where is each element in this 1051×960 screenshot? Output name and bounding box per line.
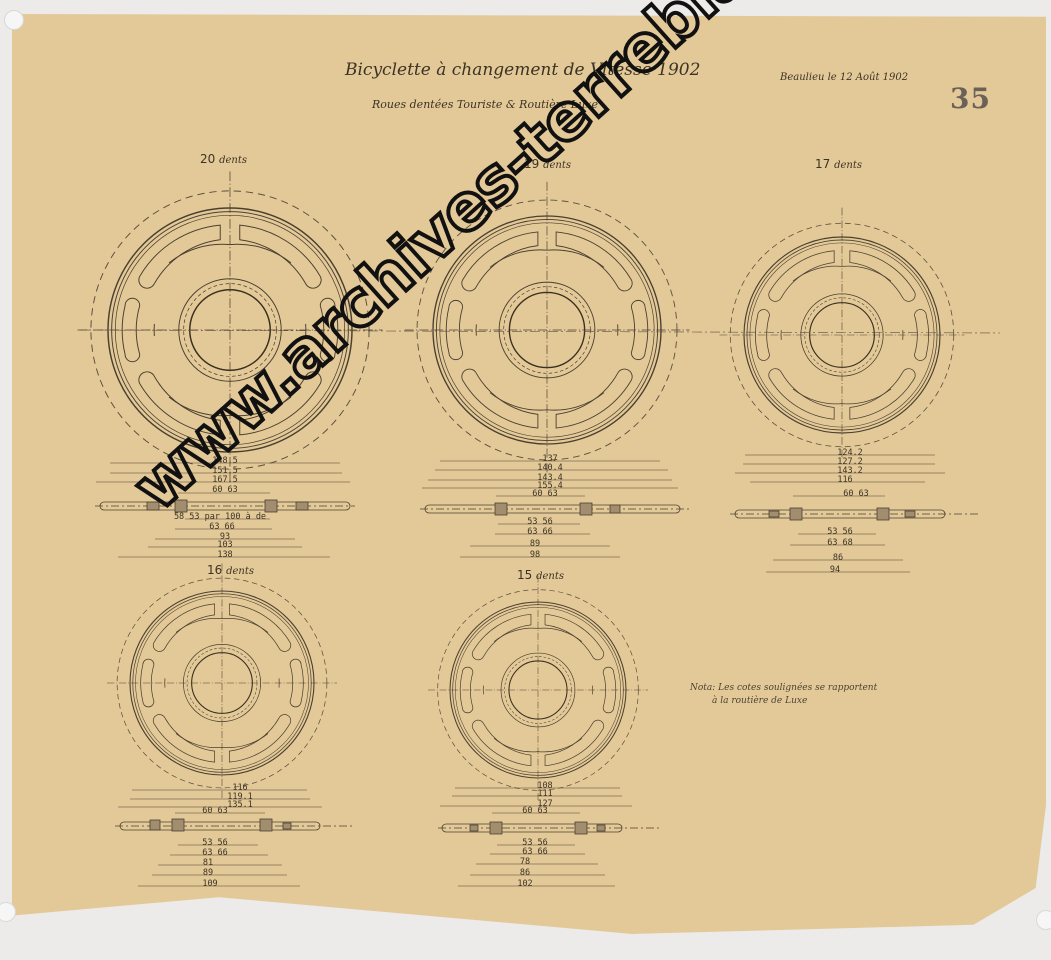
dim: 103 <box>217 540 232 550</box>
dim: 63 66 <box>522 847 548 857</box>
wheel-16-drawing <box>107 563 337 798</box>
wheel-16-label: 16 dents <box>207 563 254 577</box>
dim: 53 56 <box>827 527 853 537</box>
wheel-15-drawing <box>428 576 648 800</box>
dim: 102 <box>517 879 532 889</box>
dim: 81 <box>203 858 213 868</box>
dim: 78 <box>520 857 530 867</box>
dim: 111 <box>537 789 552 799</box>
dim: 109 <box>202 879 217 889</box>
dim: 60 63 <box>532 489 558 499</box>
wheel-17-label: 17 dents <box>815 157 862 171</box>
dim: 60 63 <box>202 806 228 816</box>
dim: 63 68 <box>827 538 853 548</box>
dim: 89 <box>203 868 213 878</box>
dim: 53 56 <box>527 517 553 527</box>
dim: 86 <box>833 553 843 563</box>
wheel-15-label: 15 dents <box>517 568 564 582</box>
dim: 86 <box>520 868 530 878</box>
dim: 60 63 <box>843 489 869 499</box>
dim: 53 56 <box>202 838 228 848</box>
dim: 98 <box>530 550 540 560</box>
dim: 63 66 <box>209 522 235 532</box>
dim: 63 66 <box>202 848 228 858</box>
note-line-2: à la routière de Luxe <box>690 695 877 708</box>
note-text: Nota: Les cotes soulignées se rapportent… <box>690 682 877 708</box>
dim: 135.1 <box>227 800 253 810</box>
wheel-20-label: 20 dents <box>200 152 247 166</box>
dim: 58 53 par 100 à de <box>174 512 266 522</box>
dim: 60 63 <box>212 485 238 495</box>
note-line-1: Nota: Les cotes soulignées se rapportent <box>690 682 877 695</box>
dim: 116 <box>837 475 852 485</box>
dim: 94 <box>830 565 840 575</box>
dim: 140.4 <box>537 463 563 473</box>
dim: 89 <box>530 539 540 549</box>
dim: 63 66 <box>527 527 553 537</box>
dim: 60 63 <box>522 806 548 816</box>
dim: 138 <box>217 550 232 560</box>
